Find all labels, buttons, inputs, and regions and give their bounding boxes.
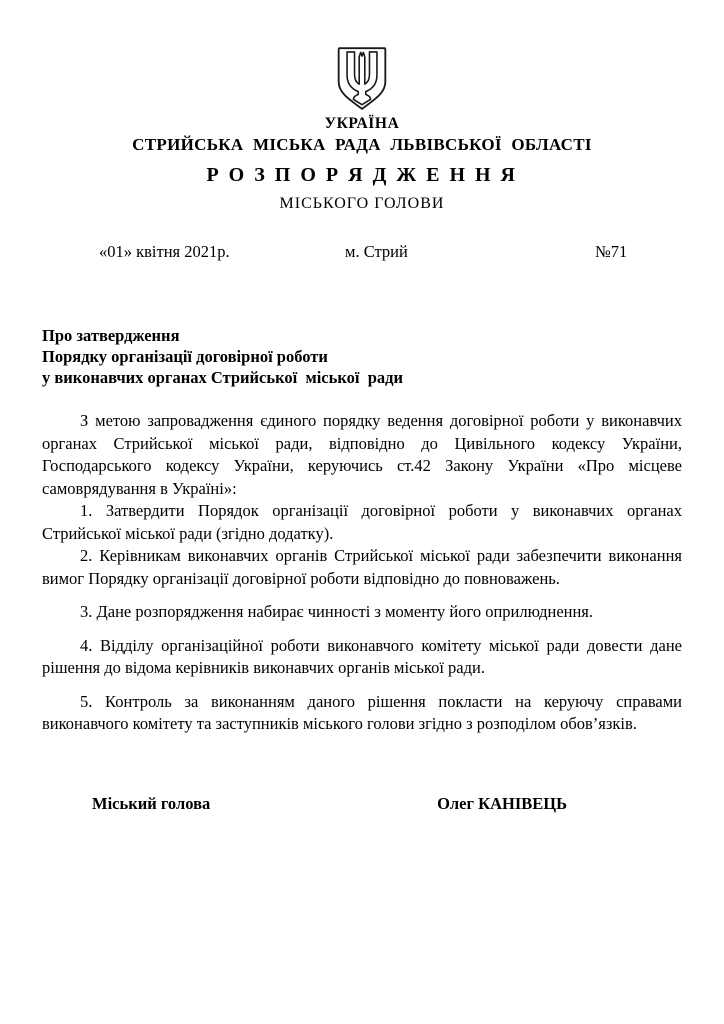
order-item: 5. Контроль за виконанням даного рішення… [42, 691, 682, 736]
subject-line: Порядку організації договірної роботи [42, 346, 682, 367]
meta-row: «01» квітня 2021р. м. Стрий №71 [42, 242, 682, 263]
document-date: «01» квітня 2021р. [99, 242, 230, 262]
signatory-name: Олег КАНІВЕЦЬ [437, 794, 567, 814]
order-item: 2. Керівникам виконавчих органів Стрийсь… [42, 545, 682, 590]
document-page: УКРАЇНА СТРИЙСЬКА МІСЬКА РАДА ЛЬВІВСЬКОЇ… [0, 0, 724, 1024]
subject-block: Про затвердження Порядку організації дог… [42, 325, 682, 388]
signatory-title: Міський голова [92, 794, 210, 814]
document-number: №71 [595, 242, 627, 262]
document-place: м. Стрий [345, 242, 408, 262]
signature-row: Міський голова Олег КАНІВЕЦЬ [42, 794, 682, 814]
order-item: 1. Затвердити Порядок організації догові… [42, 500, 682, 545]
intro-paragraph: З метою запровадження єдиного порядку ве… [42, 410, 682, 500]
ukraine-trident-icon [334, 46, 390, 112]
subject-line: у виконавчих органах Стрийської міської … [42, 367, 682, 388]
order-item: 4. Відділу організаційної роботи виконав… [42, 635, 682, 680]
document-type-title: Р О З П О Р Я Д Ж Е Н Н Я [42, 164, 682, 187]
subject-line: Про затвердження [42, 325, 682, 346]
document-body: З метою запровадження єдиного порядку ве… [42, 410, 682, 736]
council-name: СТРИЙСЬКА МІСЬКА РАДА ЛЬВІВСЬКОЇ ОБЛАСТІ [42, 135, 682, 155]
order-item: 3. Дане розпорядження набирає чинності з… [42, 601, 682, 624]
issuer-subtitle: МІСЬКОГО ГОЛОВИ [42, 195, 682, 213]
coat-of-arms [42, 46, 682, 112]
country-label: УКРАЇНА [42, 115, 682, 133]
